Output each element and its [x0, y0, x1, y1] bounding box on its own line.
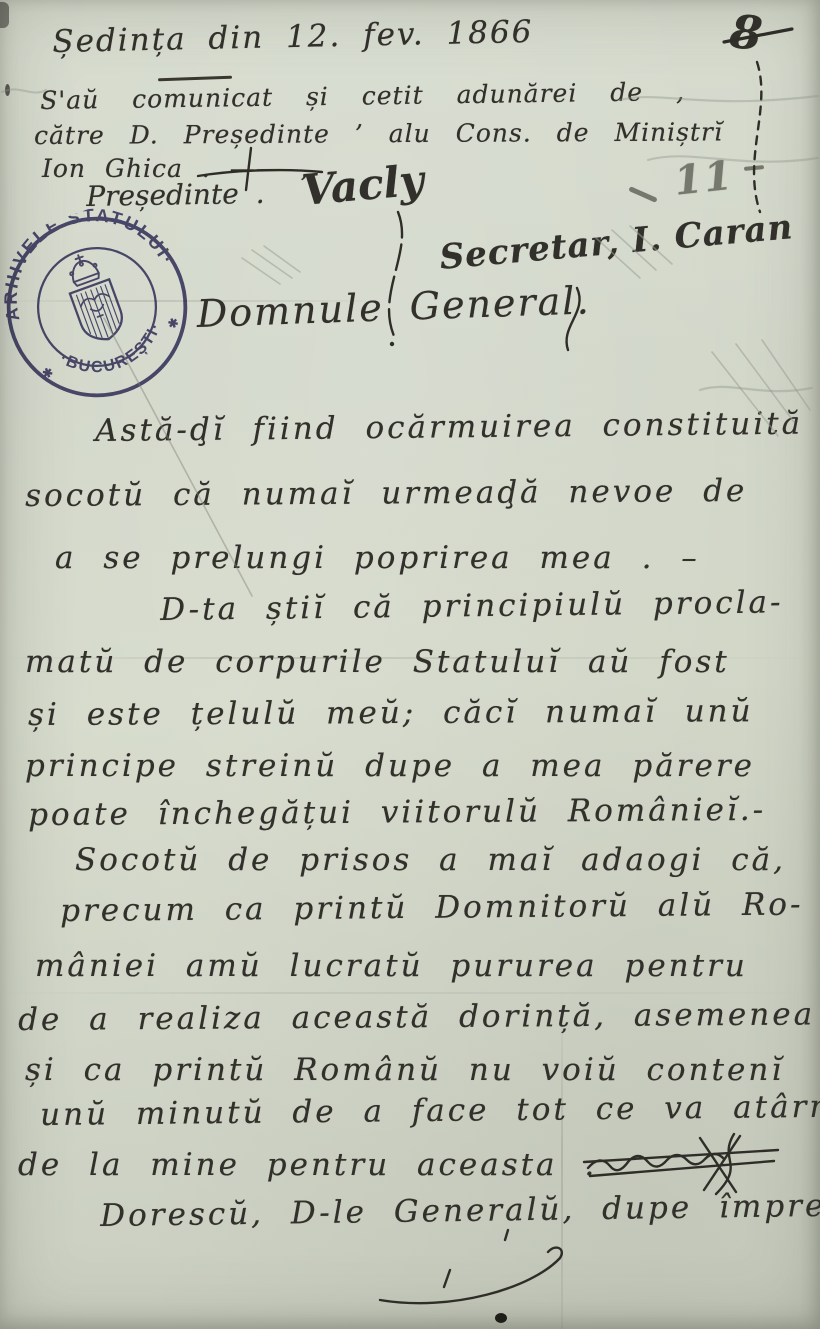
- body-line: de a realiza această dorință, asemenea: [18, 996, 815, 1038]
- body-line: socotŭ că numaĭ urmeaḑă nevoe de: [25, 473, 747, 514]
- body-line: poate închegățui viitorulŭ Românieĭ.-: [28, 792, 766, 833]
- marginal-note-line: S'aŭ comunicat și cetit adunărei de ,: [40, 77, 685, 115]
- body-line: unŭ minutŭ de a face tot ce va atârna: [40, 1088, 820, 1133]
- coat-of-arms-icon: [59, 248, 129, 346]
- stamp-star-right-icon: ✱: [166, 315, 181, 332]
- body-line: principe streinŭ dupe a mea părere: [25, 748, 755, 784]
- stamp-outer-ring: [0, 194, 210, 420]
- president-signature: Vacly: [300, 155, 426, 214]
- body-line: mâniei amŭ lucratŭ pururea pentru: [35, 948, 748, 984]
- body-line: de la mine pentru aceasta .: [18, 1147, 597, 1183]
- body-line: și este țelulŭ meŭ; căcĭ numaĭ unŭ: [28, 693, 754, 733]
- crossed-out-page-number: 8: [727, 4, 764, 61]
- stamp-bottom-text: ·BUCUREȘTI·: [53, 314, 175, 391]
- archive-stamp: ARHIVELE STATULUI· ·BUCUREȘTI· ✱ ✱: [0, 185, 219, 429]
- marginal-note-line: către D. Președinte ’ alu Cons. de Miniș…: [34, 117, 723, 150]
- body-line: precum ca printŭ Domnitorŭ alŭ Ro-: [60, 887, 804, 929]
- body-line: Astă-ḑĭ fiind ocărmuirea constituită: [95, 406, 803, 449]
- body-line: matŭ de corpurile Statuluĭ aŭ fost: [25, 644, 730, 680]
- edge-smudge: [0, 2, 9, 28]
- session-date-line: Ședința din 12. fev. 1866: [52, 14, 534, 60]
- manuscript-page: Ședința din 12. fev. 1866 S'aŭ comunicat…: [0, 0, 820, 1329]
- fold-crease: [0, 992, 820, 994]
- body-line: Socotŭ de prisos a maĭ adaogi că,: [75, 842, 786, 878]
- body-line: D-ta știĭ că principiulŭ procla-: [160, 584, 784, 628]
- ink-blot: [495, 1313, 507, 1323]
- archive-stamp-svg: ARHIVELE STATULUI· ·BUCUREȘTI· ✱ ✱: [0, 185, 219, 429]
- crossed-out-word-scribble: [584, 1134, 778, 1194]
- body-line: Dorescŭ, D-le Generalŭ, dupe împre-: [100, 1188, 820, 1234]
- pencil-dash: [744, 165, 764, 171]
- stamp-star-left-icon: ✱: [41, 365, 56, 382]
- secretary-signature: Secretar, I. Caran: [438, 207, 795, 278]
- body-line: a se prelungi poprirea mea . –: [55, 540, 700, 576]
- body-line: și ca printŭ Românŭ nu voiŭ contenĭ: [25, 1052, 784, 1088]
- salutation: Domnule General.: [196, 278, 591, 336]
- pencil-page-number: 11: [672, 152, 736, 205]
- pencil-dash: [628, 186, 657, 203]
- ink-speck: [5, 84, 10, 96]
- underline-stroke: [158, 76, 232, 82]
